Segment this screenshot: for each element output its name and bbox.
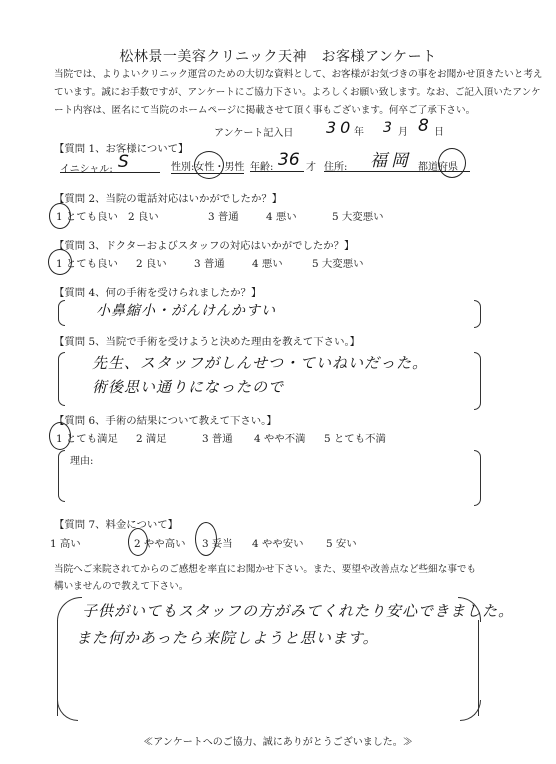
bracket-right-q5	[474, 352, 481, 410]
q7-option-1[interactable]: 1 高い	[50, 535, 81, 550]
q3-heading: 【質問 3、ドクターおよびスタッフの対応はいかがでしたか？】	[54, 237, 354, 252]
selection-circle-female	[194, 151, 224, 179]
intro-line-1: 当院では、よりよいクリニック運営のための大切な資料として、お客様がお気づきの事を…	[54, 66, 543, 84]
initial-field[interactable]: イニシャル: S	[60, 157, 160, 173]
bracket-left-q4	[58, 300, 65, 326]
q2-option-5[interactable]: 5 大変悪い	[332, 208, 383, 223]
q3-option-2[interactable]: 2 良い	[136, 255, 167, 270]
q6-option-5[interactable]: 5 とても不満	[324, 430, 386, 445]
bracket-right-q4	[474, 300, 481, 328]
footer-thanks: ≪アンケートへのご協力、誠にありがとうございました。≫	[0, 733, 556, 748]
age-value: 36	[278, 150, 300, 170]
date-month-unit: 月	[398, 123, 408, 138]
age-field[interactable]: 年齢: 36	[250, 158, 304, 172]
selection-circle-q7-option-3	[195, 522, 217, 556]
q6-option-4[interactable]: 4 やや不満	[254, 430, 305, 445]
initial-label: イニシャル:	[60, 164, 113, 175]
date-month-value[interactable]: 3	[383, 120, 392, 136]
initial-value: S	[118, 152, 129, 172]
bracket-right-q6	[474, 450, 481, 506]
survey-title: 松林景一美容クリニック天神 お客様アンケート	[0, 46, 556, 66]
selection-circle-q6	[49, 422, 71, 450]
bracket-left-q6	[58, 450, 65, 502]
selection-circle-q7-option-2	[128, 528, 148, 556]
q5-answer-line-1[interactable]: 先生、スタッフがしんせつ・ていねいだった。	[92, 352, 428, 373]
date-year-value[interactable]: 30	[326, 118, 354, 137]
comments-prompt-line-2: 構いませんので教えて下さい。	[54, 578, 188, 596]
q5-answer-line-2[interactable]: 術後思い通りになったので	[92, 376, 284, 397]
comments-box-corner	[460, 700, 481, 721]
gender-option-male[interactable]: 男性	[224, 162, 244, 173]
date-day-value[interactable]: 8	[418, 116, 429, 136]
date-year-unit: 年	[354, 123, 364, 138]
q6-heading: 【質問 6、手術の結果について教えて下さい。】	[54, 412, 277, 427]
gender-label: 性別:	[171, 162, 194, 173]
q7-heading: 【質問 7、料金について】	[54, 516, 178, 531]
q6-reason-input[interactable]	[70, 466, 466, 498]
q2-heading: 【質問 2、当院の電話対応はいかがでしたか？】	[54, 190, 282, 205]
q6-reason-label: 理由:	[70, 452, 93, 467]
bracket-left-q5	[58, 352, 65, 406]
age-unit: 才	[306, 158, 316, 173]
q5-heading: 【質問 5、当院で手術を受けようと決めた理由を教えて下さい。】	[54, 333, 360, 348]
address-label: 住所:	[324, 162, 347, 173]
intro-line-3: ート内容は、匿名にて当院のホームページに掲載させて頂く事もございます。何卒ご了承…	[54, 102, 475, 120]
comments-box-corner	[57, 597, 82, 622]
comments-answer-line-2[interactable]: また何かあったら来院しようと思います。	[76, 627, 379, 648]
comments-box-corner	[57, 700, 78, 721]
intro-line-2: ています。誠にお手数ですが、アンケートにご協力下さい。よろしくお願い致します。な…	[54, 84, 541, 102]
q4-heading: 【質問 4、何の手術を受けられましたか？】	[54, 284, 261, 299]
q2-option-2[interactable]: 2 良い	[128, 208, 159, 223]
q7-option-5[interactable]: 5 安い	[326, 535, 357, 550]
q7-option-4[interactable]: 4 やや安い	[252, 535, 303, 550]
date-label: アンケート記入日	[214, 124, 293, 139]
date-day-unit: 日	[434, 123, 444, 138]
q3-option-3[interactable]: 3 普通	[194, 255, 225, 270]
comments-answer-line-1[interactable]: 子供がいてもスタッフの方がみてくれたり安心できました。	[82, 600, 514, 621]
q6-option-2[interactable]: 2 満足	[136, 430, 167, 445]
selection-circle-q3	[48, 249, 72, 275]
q3-option-5[interactable]: 5 大変悪い	[312, 255, 363, 270]
q6-option-3[interactable]: 3 普通	[202, 430, 233, 445]
selection-circle-prefecture	[438, 148, 466, 178]
selection-circle-q2	[49, 203, 71, 229]
address-value: 福岡	[370, 146, 412, 171]
q2-option-3[interactable]: 3 普通	[208, 208, 239, 223]
q3-option-4[interactable]: 4 悪い	[252, 255, 283, 270]
age-label: 年齢:	[250, 162, 273, 173]
q2-option-4[interactable]: 4 悪い	[266, 208, 297, 223]
comments-prompt-line-1: 当院へご来院されてからのご感想を率直にお聞かせ下さい。また、要望や改善点など些細…	[54, 561, 476, 579]
q4-answer[interactable]: 小鼻縮小・がんけんかすい	[96, 300, 276, 320]
